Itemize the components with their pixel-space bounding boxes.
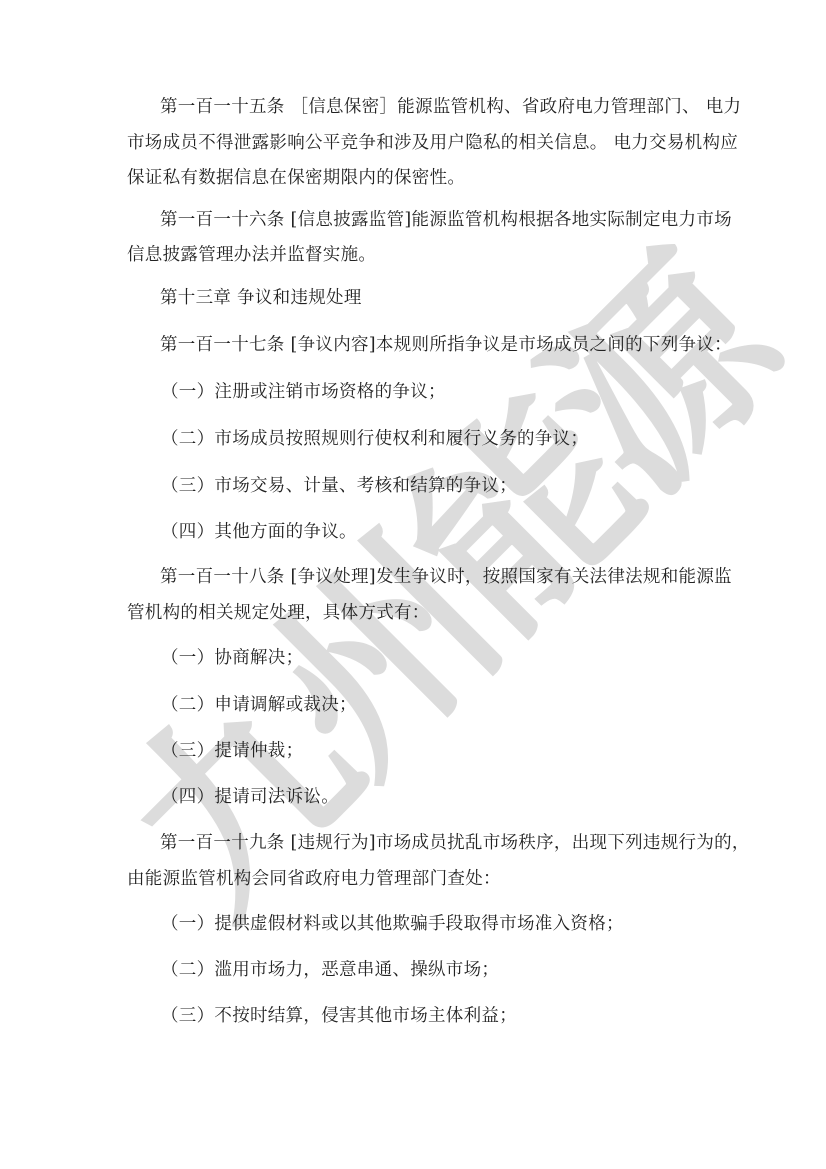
article-118-line-1: 第一百一十八条 [争议处理]发生争议时，按照国家有关法律法规和能源监 [160, 566, 732, 588]
article-119-item-3: （三）不按时结算，侵害其他市场主体利益； [161, 1005, 517, 1027]
article-119-line-2: 由能源监管机构会同省政府电力管理部门查处： [127, 868, 501, 890]
chapter-heading: 第十三章 争议和违规处理 [160, 287, 362, 309]
article-115-line-1: 第一百一十五条 ［信息保密］能源监管机构、省政府电力管理部门、 电力 [160, 96, 741, 118]
article-116-line-2: 信息披露管理办法并监督实施。 [127, 244, 376, 266]
article-116-line-1: 第一百一十六条 [信息披露监管]能源监管机构根据各地实际制定电力市场 [160, 209, 732, 231]
article-117-item-4: （四）其他方面的争议。 [161, 521, 357, 543]
article-118-item-4: （四）提请司法诉讼。 [161, 786, 339, 808]
article-117-item-1: （一）注册或注销市场资格的争议； [161, 381, 446, 403]
article-117-item-2: （二）市场成员按照规则行使权利和履行义务的争议； [161, 428, 588, 450]
article-115-line-2: 市场成员不得泄露影响公平竞争和涉及用户隐私的相关信息。 电力交易机构应 [127, 132, 738, 154]
article-117-line-1: 第一百一十七条 [争议内容]本规则所指争议是市场成员之间的下列争议： [160, 334, 732, 356]
article-117-item-3: （三）市场交易、计量、考核和结算的争议； [161, 475, 517, 497]
article-119-item-2: （二）滥用市场力，恶意串通、操纵市场； [161, 959, 499, 981]
article-118-line-2: 管机构的相关规定处理，具体方式有： [127, 602, 430, 624]
article-118-item-2: （二）申请调解或裁决； [161, 694, 357, 716]
article-119-line-1: 第一百一十九条 [违规行为]市场成员扰乱市场秩序，出现下列违规行为的， [160, 832, 750, 854]
article-118-item-1: （一）协商解决； [161, 647, 303, 669]
document-page: 九州能源 第一百一十五条 ［信息保密］能源监管机构、省政府电力管理部门、 电力 … [0, 0, 826, 1169]
article-119-item-1: （一）提供虚假材料或以其他欺骗手段取得市场准入资格； [161, 913, 624, 935]
article-115-line-3: 保证私有数据信息在保密期限内的保密性。 [127, 167, 465, 189]
article-118-item-3: （三）提请仲裁； [161, 740, 303, 762]
